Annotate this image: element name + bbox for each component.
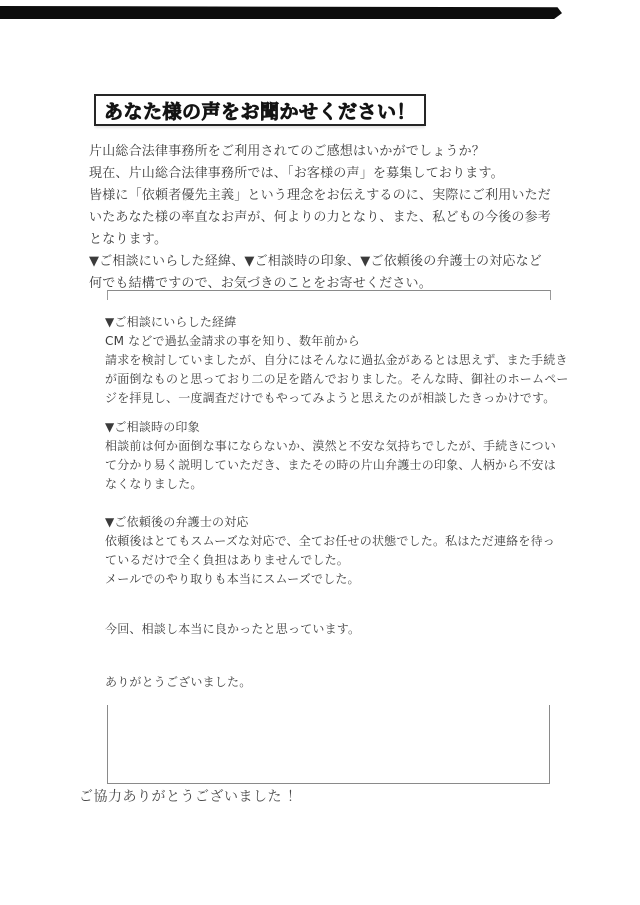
write-in-box (107, 705, 550, 784)
page-title: あなた様の声をお聞かせください！ (104, 97, 416, 124)
closing-note: ご協力ありがとうございました ！ (79, 787, 301, 807)
feedback-section-background: ▼ご相談にいらした経緯 CM などで過払金請求の事を知り、数年前から 請求を検討… (105, 313, 569, 408)
intro-paragraph: 片山総合法律事務所をご利用されてのご感想はいかがでしょうか？ 現在、片山総合法律… (89, 141, 551, 295)
feedback-section-after-request: ▼ご依頼後の弁護士の対応 依頼後はとてもスムーズな対応で、全てお任せの状態でした… (105, 513, 555, 589)
scanner-edge-artifact (0, 6, 562, 19)
feedback-section-impression: ▼ご相談時の印象 相談前は何か面倒な事にならないか、漠然と不安な気持ちでしたが、… (105, 418, 556, 494)
scanned-feedback-sheet: あなた様の声をお聞かせください！ 片山総合法律事務所をご利用されてのご感想はいか… (0, 0, 640, 905)
feedback-thanks: ありがとうございました。 (105, 673, 251, 692)
page-title-box: あなた様の声をお聞かせください！ (94, 94, 426, 126)
feedback-closing-comment: 今回、相談し本当に良かったと思っています。 (105, 620, 360, 639)
response-box-top-border (107, 290, 551, 300)
